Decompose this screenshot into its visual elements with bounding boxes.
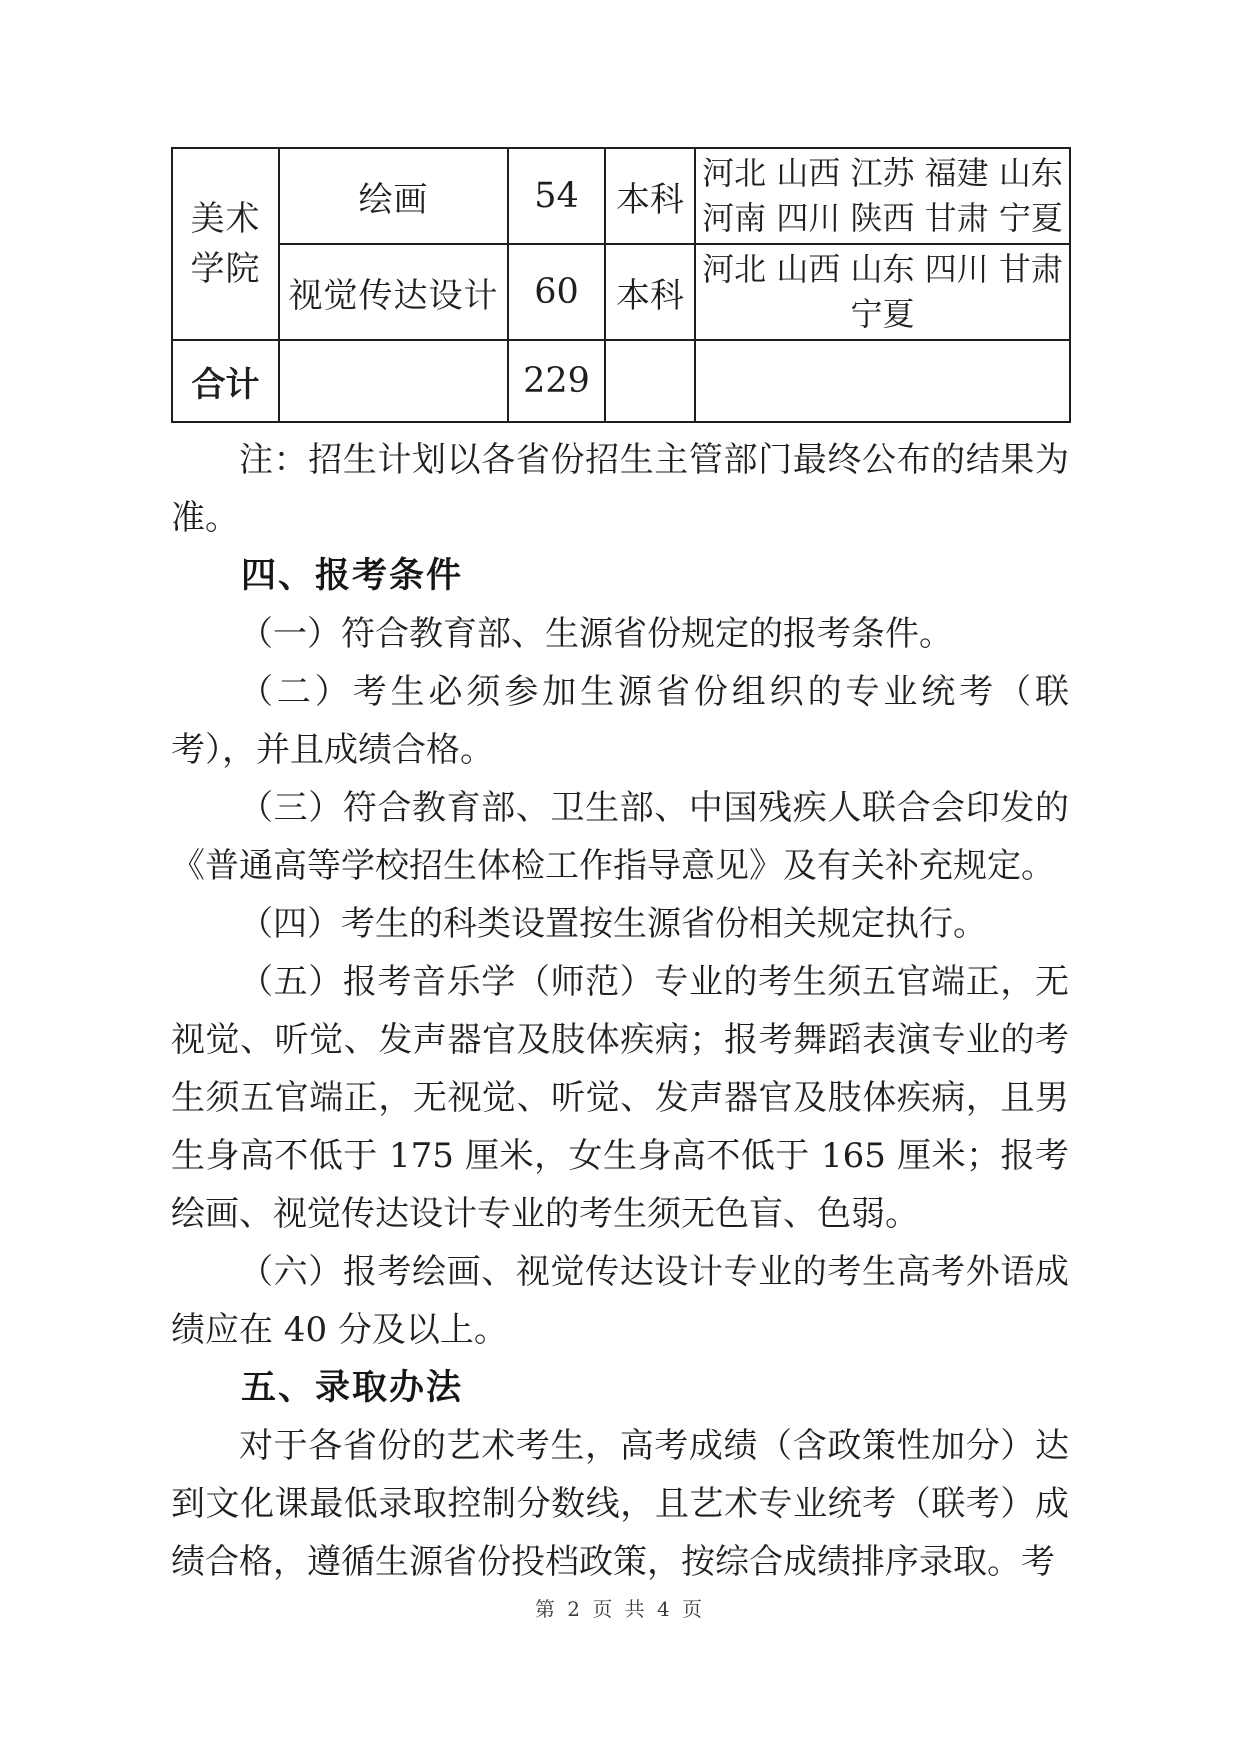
table-note: 注：招生计划以各省份招生主管部门最终公布的结果为准。 [171, 431, 1069, 547]
condition-item-2: （二）考生必须参加生源省份组织的专业统考（联考），并且成绩合格。 [171, 663, 1069, 779]
plan-count-cell: 54 [508, 148, 605, 244]
level-cell: 本科 [605, 148, 695, 244]
major-cell: 绘画 [279, 148, 508, 244]
document-page: 美术 学院 绘画 54 本科 河北 山西 江苏 福建 山东 河南 四川 陕西 甘… [0, 0, 1240, 1753]
level-cell: 本科 [605, 244, 695, 340]
condition-item-1: （一）符合教育部、生源省份规定的报考条件。 [171, 605, 1069, 663]
empty-cell [279, 340, 508, 422]
section5-heading: 五、录取办法 [171, 1359, 1069, 1417]
total-value-cell: 229 [508, 340, 605, 422]
plan-count-cell: 60 [508, 244, 605, 340]
condition-item-5: （五）报考音乐学（师范）专业的考生须五官端正，无视觉、听觉、发声器官及肢体疾病；… [171, 953, 1069, 1243]
document-body: 注：招生计划以各省份招生主管部门最终公布的结果为准。 四、报考条件 （一）符合教… [171, 431, 1069, 1591]
condition-item-3: （三）符合教育部、卫生部、中国残疾人联合会印发的《普通高等学校招生体检工作指导意… [171, 779, 1069, 895]
college-cell: 美术 学院 [172, 148, 279, 340]
condition-item-4: （四）考生的科类设置按生源省份相关规定执行。 [171, 895, 1069, 953]
condition-item-6: （六）报考绘画、视觉传达设计专业的考生高考外语成绩应在 40 分及以上。 [171, 1243, 1069, 1359]
provinces-cell: 河北 山西 江苏 福建 山东 河南 四川 陕西 甘肃 宁夏 [695, 148, 1070, 244]
table-row: 美术 学院 绘画 54 本科 河北 山西 江苏 福建 山东 河南 四川 陕西 甘… [172, 148, 1070, 244]
total-row: 合计 229 [172, 340, 1070, 422]
empty-cell [605, 340, 695, 422]
table-row: 视觉传达设计 60 本科 河北 山西 山东 四川 甘肃 宁夏 [172, 244, 1070, 340]
page-footer: 第 2 页 共 4 页 [0, 1593, 1240, 1622]
major-cell: 视觉传达设计 [279, 244, 508, 340]
provinces-cell: 河北 山西 山东 四川 甘肃 宁夏 [695, 244, 1070, 340]
admission-plan-table: 美术 学院 绘画 54 本科 河北 山西 江苏 福建 山东 河南 四川 陕西 甘… [171, 147, 1071, 423]
section4-heading: 四、报考条件 [171, 547, 1069, 605]
total-label-cell: 合计 [172, 340, 279, 422]
empty-cell [695, 340, 1070, 422]
admission-method-paragraph: 对于各省份的艺术考生，高考成绩（含政策性加分）达到文化课最低录取控制分数线，且艺… [171, 1417, 1069, 1591]
